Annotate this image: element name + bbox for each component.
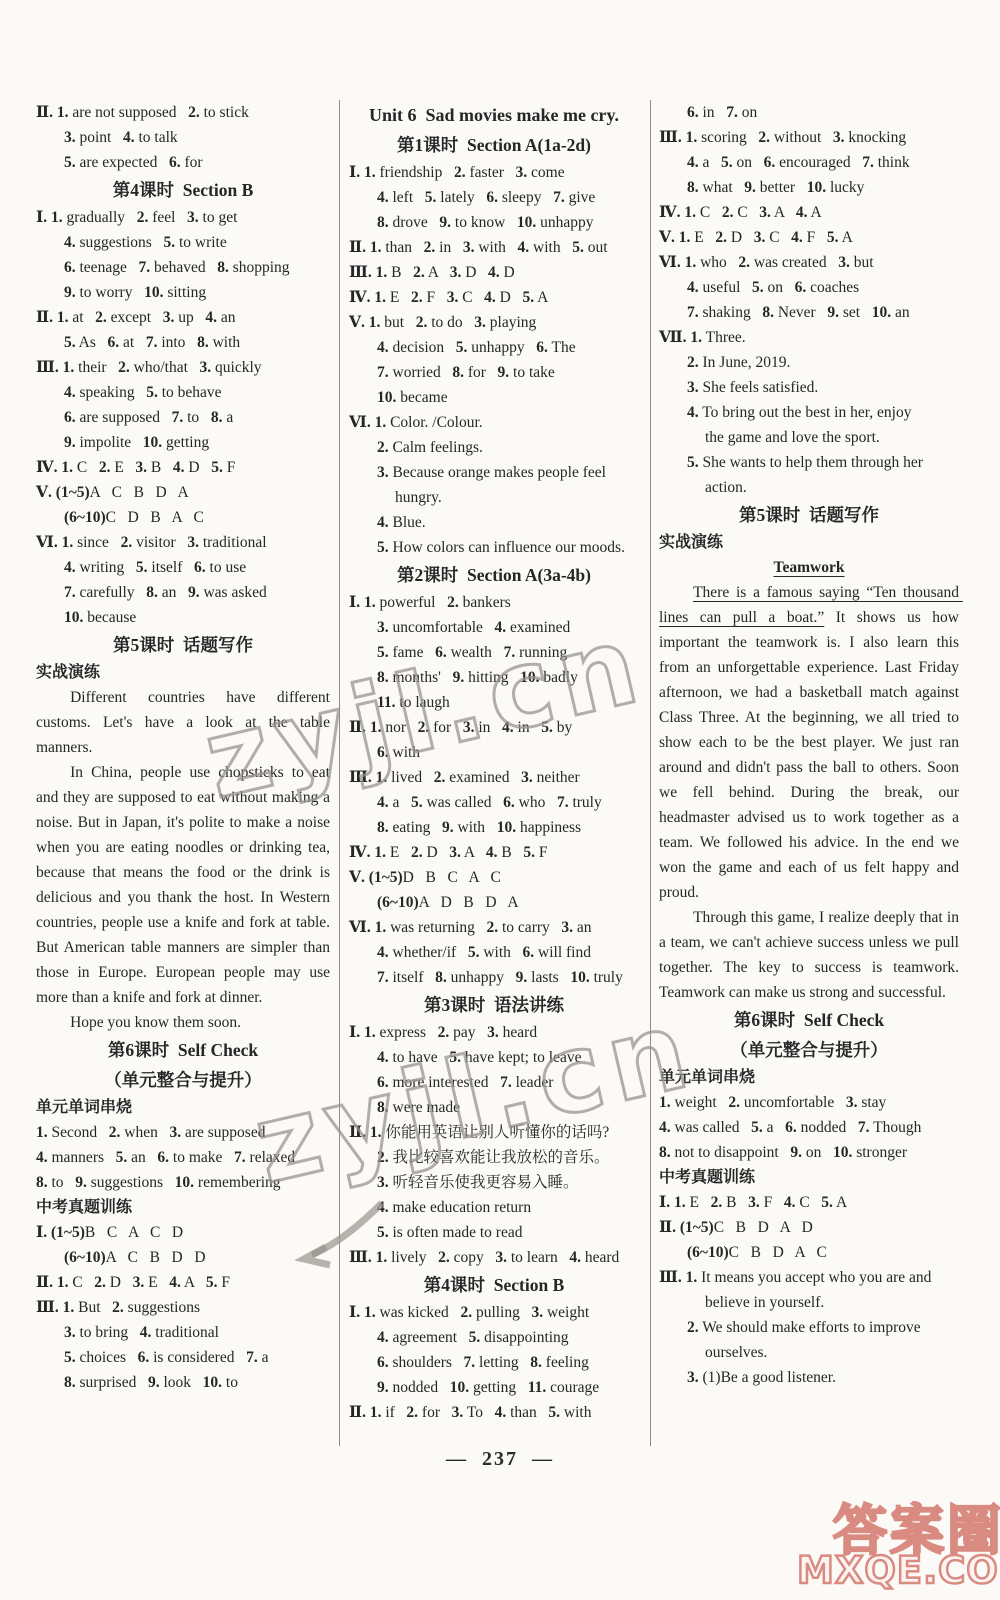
answer-line: 7. shaking 8. Never 9. set 10. an: [659, 300, 959, 325]
answer-line: 3. to bring 4. traditional: [36, 1320, 330, 1345]
answer-line: 3. uncomfortable 4. examined: [349, 615, 639, 640]
answer-line: 6. in 7. on: [659, 100, 959, 125]
section-header: （单元整合与提升）: [36, 1065, 330, 1095]
answer-line: Ⅴ. (1~5)D B C A C: [349, 865, 639, 890]
answer-line: Ⅰ. 1. express 2. pay 3. heard: [349, 1020, 639, 1045]
answer-line: believe in yourself.: [659, 1290, 959, 1315]
answer-line: Ⅵ. 1. who 2. was created 3. but: [659, 250, 959, 275]
answer-line: ourselves.: [659, 1340, 959, 1365]
answer-line: 4. suggestions 5. to write: [36, 230, 330, 255]
section-header: 第5课时 话题写作: [659, 500, 959, 530]
subsection-label: 中考真题训练: [36, 1195, 330, 1220]
answer-line: Ⅰ. 1. powerful 2. bankers: [349, 590, 639, 615]
answer-line: 6. are supposed 7. to 8. a: [36, 405, 330, 430]
essay-paragraph: Hope you know them soon.: [36, 1010, 330, 1035]
subsection-label: 单元单词串烧: [36, 1095, 330, 1120]
answer-line: the game and love the sport.: [659, 425, 959, 450]
answer-line: Ⅲ. 1. It means you accept who you are an…: [659, 1265, 959, 1290]
answer-line: 11. to laugh: [349, 690, 639, 715]
subsection-label: 实战演练: [659, 530, 959, 555]
answer-line: 3. She feels satisfied.: [659, 375, 959, 400]
essay-title: Teamwork: [659, 555, 959, 580]
answer-line: 6. shoulders 7. letting 8. feeling: [349, 1350, 639, 1375]
answer-line: Ⅲ. 1. But 2. suggestions: [36, 1295, 330, 1320]
answer-column-middle: Unit 6 Sad movies make me cry.第1课时 Secti…: [349, 100, 639, 1425]
scanned-answer-page: Ⅱ. 1. are not supposed 2. to stick3. poi…: [0, 0, 1000, 1600]
section-header: 第4课时 Section B: [349, 1270, 639, 1300]
answer-line: Ⅴ. 1. but 2. to do 3. playing: [349, 310, 639, 335]
answer-line: 4. was called 5. a 6. nodded 7. Though: [659, 1115, 959, 1140]
answer-line: 3. (1)Be a good listener.: [659, 1365, 959, 1390]
answer-site-url: MXQE.COM: [797, 1549, 1000, 1592]
answer-line: 8. to 9. suggestions 10. remembering: [36, 1170, 330, 1195]
answer-line: Ⅳ. 1. E 2. F 3. C 4. D 5. A: [349, 285, 639, 310]
answer-line: 8. surprised 9. look 10. to: [36, 1370, 330, 1395]
answer-line: Ⅳ. 1. C 2. E 3. B 4. D 5. F: [36, 455, 330, 480]
answer-line: Ⅰ. 1. gradually 2. feel 3. to get: [36, 205, 330, 230]
answer-line: 9. impolite 10. getting: [36, 430, 330, 455]
answer-line: Ⅰ. 1. was kicked 2. pulling 3. weight: [349, 1300, 639, 1325]
answer-line: 4. left 5. lately 6. sleepy 7. give: [349, 185, 639, 210]
column-divider: [339, 100, 340, 1446]
essay-paragraph: Through this game, I realize deeply that…: [659, 905, 959, 1005]
answer-line: Ⅰ. 1. E 2. B 3. F 4. C 5. A: [659, 1190, 959, 1215]
answer-line: Ⅱ. 1. are not supposed 2. to stick: [36, 100, 330, 125]
section-header: 第3课时 语法讲练: [349, 990, 639, 1020]
answer-line: (6~10)C D B A C: [36, 505, 330, 530]
answer-line: 2. In June, 2019.: [659, 350, 959, 375]
answer-line: Ⅵ. 1. since 2. visitor 3. traditional: [36, 530, 330, 555]
answer-line: 8. eating 9. with 10. happiness: [349, 815, 639, 840]
section-header: 第5课时 话题写作: [36, 630, 330, 660]
essay-paragraph: Different countries have different custo…: [36, 685, 330, 760]
answer-line: Ⅱ. 1. 你能用英语让别人听懂你的话吗?: [349, 1120, 639, 1145]
essay-paragraph: In China, people use chopsticks to eat a…: [36, 760, 330, 1010]
answer-line: 4. to have 5. have kept; to leave: [349, 1045, 639, 1070]
unit-header: Unit 6 Sad movies make me cry.: [349, 100, 639, 130]
answer-line: 7. carefully 8. an 9. was asked: [36, 580, 330, 605]
answer-line: 4. whether/if 5. with 6. will find: [349, 940, 639, 965]
answer-line: 4. writing 5. itself 6. to use: [36, 555, 330, 580]
answer-line: 4. make education return: [349, 1195, 639, 1220]
section-header: 第4课时 Section B: [36, 175, 330, 205]
answer-line: Ⅱ. 1. if 2. for 3. To 4. than 5. with: [349, 1400, 639, 1425]
answer-line: 10. became: [349, 385, 639, 410]
answer-line: 5. choices 6. is considered 7. a: [36, 1345, 330, 1370]
answer-line: 3. 听轻音乐使我更容易入睡。: [349, 1170, 639, 1195]
answer-site-logo: 答案圈: [833, 1488, 1000, 1565]
answer-line: Ⅵ. 1. Color. /Colour.: [349, 410, 639, 435]
answer-line: 10. because: [36, 605, 330, 630]
subsection-label: 单元单词串烧: [659, 1065, 959, 1090]
answer-line: 4. decision 5. unhappy 6. The: [349, 335, 639, 360]
answer-line: Ⅵ. 1. was returning 2. to carry 3. an: [349, 915, 639, 940]
answer-line: Ⅴ. (1~5)A C B D A: [36, 480, 330, 505]
answer-line: Ⅲ. 1. B 2. A 3. D 4. D: [349, 260, 639, 285]
answer-line: 8. drove 9. to know 10. unhappy: [349, 210, 639, 235]
answer-line: 6. more interested 7. leader: [349, 1070, 639, 1095]
answer-line: Ⅱ. 1. at 2. except 3. up 4. an: [36, 305, 330, 330]
answer-line: 6. with: [349, 740, 639, 765]
answer-line: Ⅳ. 1. E 2. D 3. A 4. B 5. F: [349, 840, 639, 865]
answer-line: 5. She wants to help them through her: [659, 450, 959, 475]
answer-line: 5. How colors can influence our moods.: [349, 535, 639, 560]
answer-line: Ⅲ. 1. scoring 2. without 3. knocking: [659, 125, 959, 150]
answer-column-right: 6. in 7. onⅢ. 1. scoring 2. without 3. k…: [659, 100, 959, 1390]
answer-line: Ⅲ. 1. lively 2. copy 3. to learn 4. hear…: [349, 1245, 639, 1270]
section-header: 第6课时 Self Check: [659, 1005, 959, 1035]
answer-line: 4. a 5. was called 6. who 7. truly: [349, 790, 639, 815]
section-header: 第2课时 Section A(3a-4b): [349, 560, 639, 590]
answer-line: (6~10)A C B D D: [36, 1245, 330, 1270]
answer-line: 1. weight 2. uncomfortable 3. stay: [659, 1090, 959, 1115]
answer-line: Ⅴ. 1. E 2. D 3. C 4. F 5. A: [659, 225, 959, 250]
answer-column-left: Ⅱ. 1. are not supposed 2. to stick3. poi…: [36, 100, 330, 1395]
subsection-label: 实战演练: [36, 660, 330, 685]
answer-line: Ⅰ. (1~5)B C A C D: [36, 1220, 330, 1245]
answer-line: Ⅰ. 1. friendship 2. faster 3. come: [349, 160, 639, 185]
answer-line: 4. Blue.: [349, 510, 639, 535]
answer-line: Ⅶ. 1. Three.: [659, 325, 959, 350]
answer-line: 8. what 9. better 10. lucky: [659, 175, 959, 200]
answer-line: 2. We should make efforts to improve: [659, 1315, 959, 1340]
answer-line: 9. nodded 10. getting 11. courage: [349, 1375, 639, 1400]
answer-line: 2. Calm feelings.: [349, 435, 639, 460]
answer-line: 3. Because orange makes people feel: [349, 460, 639, 485]
answer-line: 8. months' 9. hitting 10. badly: [349, 665, 639, 690]
answer-line: action.: [659, 475, 959, 500]
answer-line: 9. to worry 10. sitting: [36, 280, 330, 305]
answer-line: 4. speaking 5. to behave: [36, 380, 330, 405]
answer-line: 8. were made: [349, 1095, 639, 1120]
page-number: — 237 —: [0, 1448, 1000, 1471]
answer-line: 4. To bring out the best in her, enjoy: [659, 400, 959, 425]
answer-line: 5. As 6. at 7. into 8. with: [36, 330, 330, 355]
essay-paragraph: There is a famous saying “Ten thousand l…: [659, 580, 959, 905]
answer-line: 4. useful 5. on 6. coaches: [659, 275, 959, 300]
answer-line: 2. 我比较喜欢能让我放松的音乐。: [349, 1145, 639, 1170]
answer-line: 8. not to disappoint 9. on 10. stronger: [659, 1140, 959, 1165]
answer-line: (6~10)C B D A C: [659, 1240, 959, 1265]
answer-line: 3. point 4. to talk: [36, 125, 330, 150]
answer-line: Ⅱ. (1~5)C B D A D: [659, 1215, 959, 1240]
answer-line: 5. are expected 6. for: [36, 150, 330, 175]
answer-line: (6~10)A D B D A: [349, 890, 639, 915]
answer-line: Ⅱ. 1. C 2. D 3. E 4. A 5. F: [36, 1270, 330, 1295]
answer-line: Ⅲ. 1. their 2. who/that 3. quickly: [36, 355, 330, 380]
answer-line: 5. is often made to read: [349, 1220, 639, 1245]
answer-line: 4. agreement 5. disappointing: [349, 1325, 639, 1350]
answer-line: 1. Second 2. when 3. are supposed: [36, 1120, 330, 1145]
section-header: 第1课时 Section A(1a-2d): [349, 130, 639, 160]
answer-line: 5. fame 6. wealth 7. running: [349, 640, 639, 665]
answer-line: 7. itself 8. unhappy 9. lasts 10. truly: [349, 965, 639, 990]
subsection-label: 中考真题训练: [659, 1165, 959, 1190]
answer-line: Ⅱ. 1. than 2. in 3. with 4. with 5. out: [349, 235, 639, 260]
answer-line: 4. a 5. on 6. encouraged 7. think: [659, 150, 959, 175]
answer-line: Ⅲ. 1. lived 2. examined 3. neither: [349, 765, 639, 790]
answer-line: 7. worried 8. for 9. to take: [349, 360, 639, 385]
section-header: 第6课时 Self Check: [36, 1035, 330, 1065]
answer-line: Ⅳ. 1. C 2. C 3. A 4. A: [659, 200, 959, 225]
answer-line: 4. manners 5. an 6. to make 7. relaxed: [36, 1145, 330, 1170]
column-divider: [650, 100, 651, 1446]
section-header: （单元整合与提升）: [659, 1035, 959, 1065]
answer-line: 6. teenage 7. behaved 8. shopping: [36, 255, 330, 280]
answer-line: hungry.: [349, 485, 639, 510]
answer-line: Ⅱ. 1. nor 2. for 3. in 4. in 5. by: [349, 715, 639, 740]
